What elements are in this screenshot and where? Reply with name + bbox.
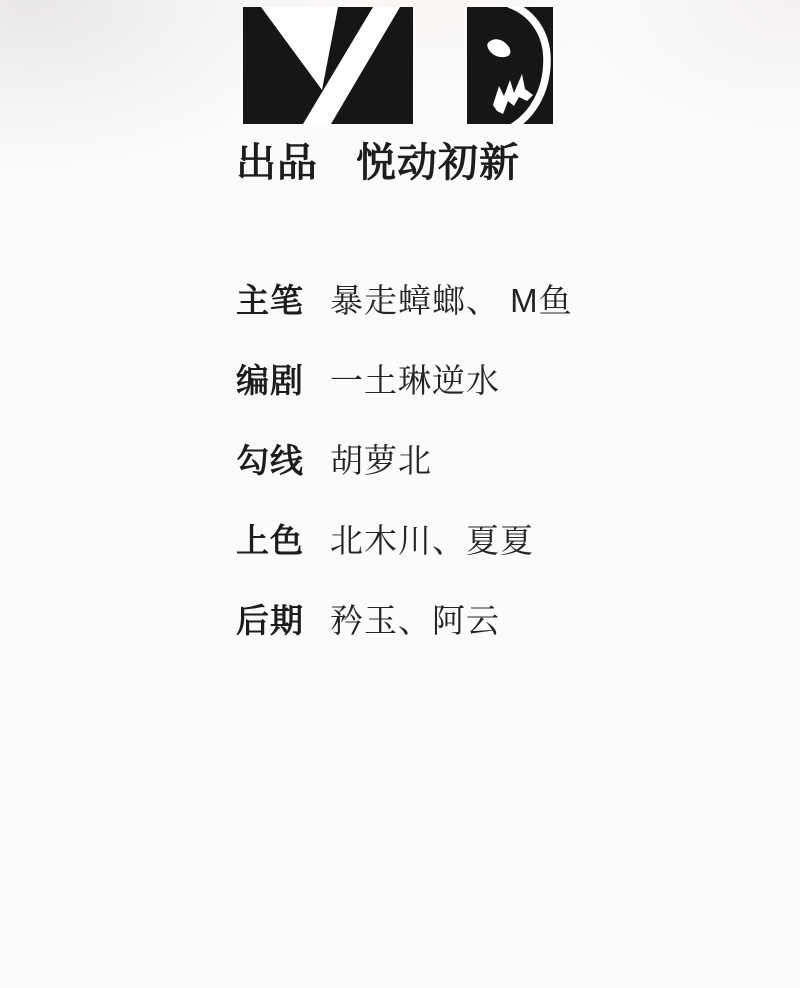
credit-role-label: 主笔 bbox=[236, 282, 330, 319]
credit-role-label: 编剧 bbox=[236, 362, 330, 399]
credit-role-label: 勾线 bbox=[236, 442, 330, 479]
logo-y-mark bbox=[243, 7, 413, 124]
credit-row-screenwriter: 编剧 一土琳逆水 bbox=[236, 362, 573, 399]
credit-role-label: 后期 bbox=[236, 602, 330, 639]
producer-studio-name: 悦动初新 bbox=[356, 141, 520, 185]
logo-d-face-icon bbox=[467, 7, 553, 124]
credits-list: 主笔 暴走蟑螂、 M鱼 编剧 一土琳逆水 勾线 胡萝北 上色 北木川、夏夏 后期… bbox=[236, 282, 573, 682]
credit-row-postproduction: 后期 矜玉、阿云 bbox=[236, 602, 573, 639]
credit-names-value: 暴走蟑螂、 M鱼 bbox=[330, 282, 573, 319]
credit-row-main-artist: 主笔 暴走蟑螂、 M鱼 bbox=[236, 282, 573, 319]
credit-names-value: 一土琳逆水 bbox=[330, 362, 500, 399]
producer-line: 出品 悦动初新 bbox=[236, 141, 520, 185]
logo-y-icon bbox=[243, 7, 413, 124]
producer-label: 出品 bbox=[236, 141, 318, 185]
credit-row-coloring: 上色 北木川、夏夏 bbox=[236, 522, 573, 559]
credit-role-label: 上色 bbox=[236, 522, 330, 559]
credit-names-value: 矜玉、阿云 bbox=[330, 602, 500, 639]
credit-row-lineart: 勾线 胡萝北 bbox=[236, 442, 573, 479]
credits-page: 出品 悦动初新 主笔 暴走蟑螂、 M鱼 编剧 一土琳逆水 勾线 胡萝北 上色 北… bbox=[0, 0, 800, 988]
credit-names-value: 胡萝北 bbox=[330, 442, 432, 479]
credit-names-value: 北木川、夏夏 bbox=[330, 522, 534, 559]
logo-d-face-mark bbox=[467, 7, 553, 124]
